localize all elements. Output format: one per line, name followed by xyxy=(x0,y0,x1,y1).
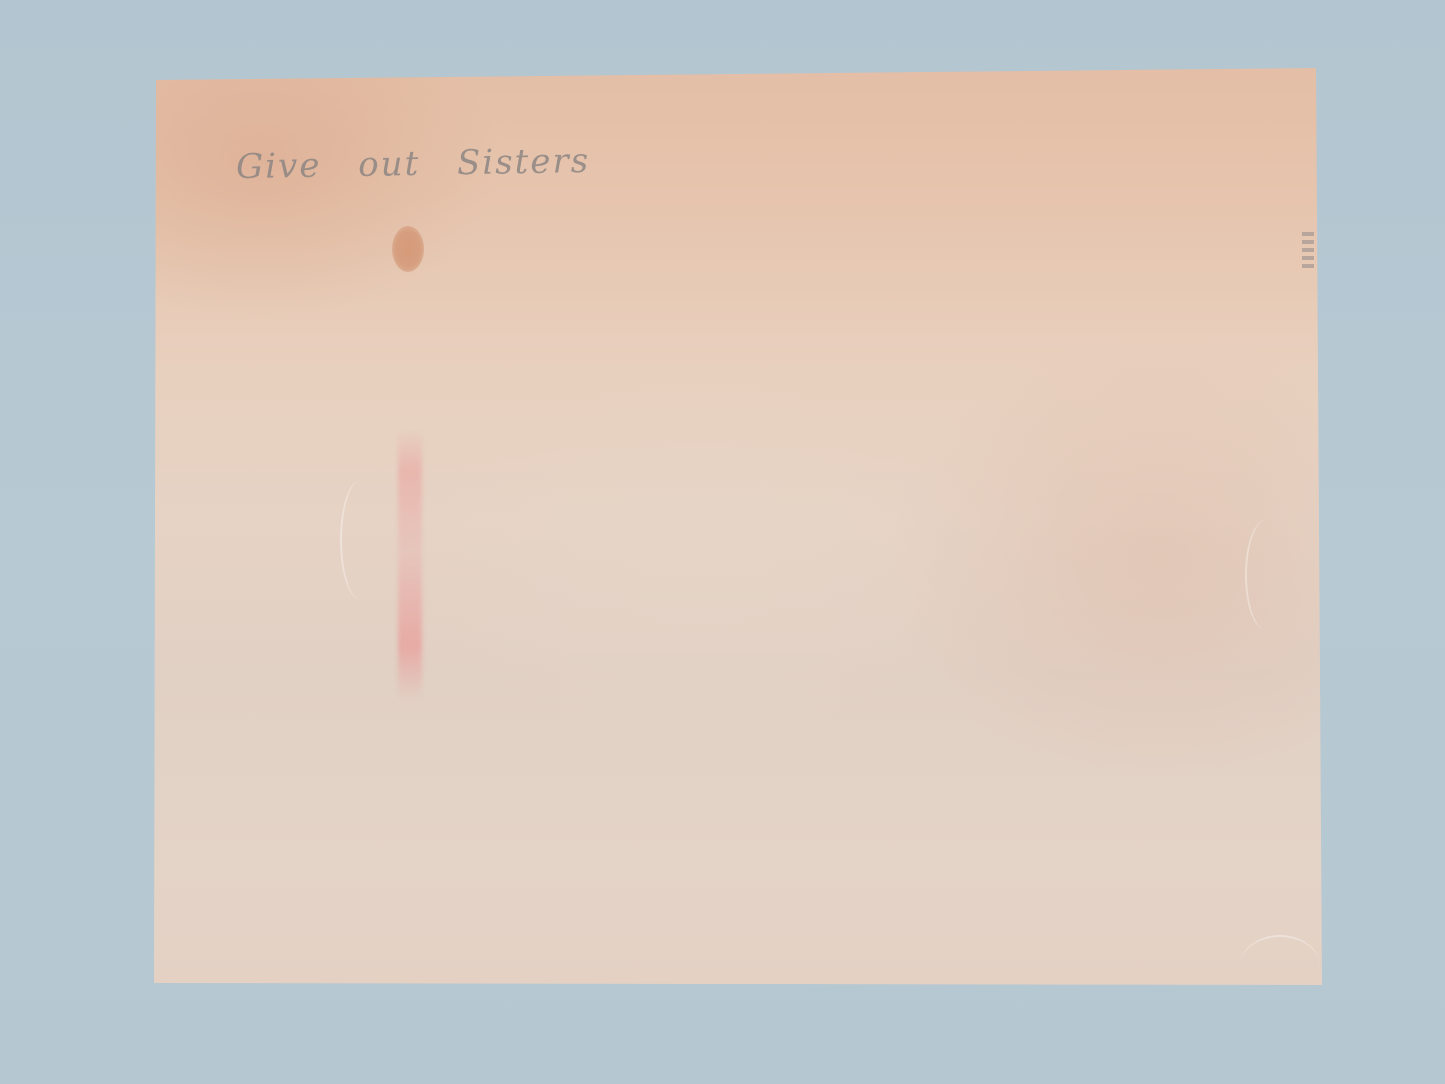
red-streak-mark xyxy=(398,430,422,700)
handwritten-note: Give out Sisters xyxy=(236,141,591,187)
edge-mark xyxy=(1302,232,1314,272)
paper-crease xyxy=(1245,520,1287,630)
brown-stain xyxy=(392,226,424,272)
paper-crease xyxy=(340,480,382,600)
paper-crease xyxy=(1240,935,1320,997)
aged-paper xyxy=(0,0,1445,1084)
photo-scene: Give out Sisters xyxy=(0,0,1445,1084)
